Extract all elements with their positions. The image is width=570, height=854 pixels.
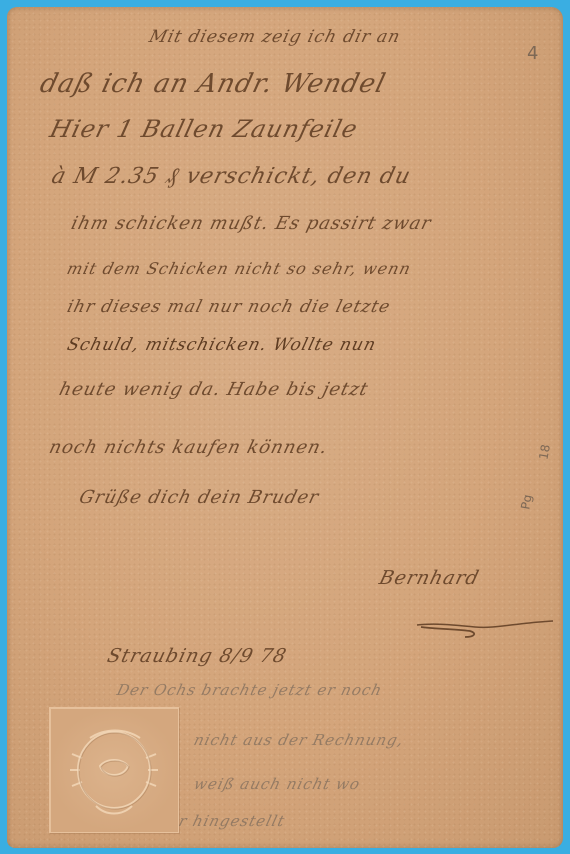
- eagle-emblem-icon: [50, 708, 178, 832]
- letter-line-9: heute wenig da. Habe bis jetzt: [57, 379, 371, 400]
- pencil-mark-top-right: 4: [527, 43, 538, 64]
- postscript-line-2: nicht aus der Rechnung,: [192, 731, 406, 749]
- letter-line-4: à M 2.35 ₰ verschickt, den du: [49, 163, 414, 189]
- signature: Bernhard: [377, 567, 482, 589]
- letter-line-11: Grüße dich dein Bruder: [77, 487, 321, 508]
- postcard: Mit diesem zeig ich dir an daß ich an An…: [7, 7, 563, 848]
- letter-line-10: noch nichts kaufen können.: [47, 437, 330, 458]
- letter-line-8: Schuld, mitschicken. Wollte nun: [65, 335, 378, 355]
- postscript-line-1: Der Ochs brachte jetzt er noch: [115, 681, 384, 699]
- letter-line-1: Mit diesem zeig ich dir an: [147, 27, 403, 47]
- place-date: Straubing 8/9 78: [105, 645, 289, 667]
- letter-line-7: ihr dieses mal nur noch die letzte: [65, 297, 393, 317]
- letter-line-5: ihm schicken mußt. Es passirt zwar: [69, 213, 434, 234]
- embossed-stamp: [49, 707, 179, 833]
- postscript-line-4: er hingestellt: [167, 812, 287, 830]
- pencil-mark-right-2: Pg: [518, 493, 534, 510]
- letter-line-6: mit dem Schicken nicht so sehr, wenn: [65, 259, 413, 278]
- letter-line-2: daß ich an Andr. Wendel: [37, 69, 389, 99]
- signature-flourish-icon: [415, 619, 555, 639]
- postscript-line-3: weiß auch nicht wo: [192, 775, 362, 793]
- letter-line-3: Hier 1 Ballen Zaunfeile: [47, 115, 361, 143]
- pencil-mark-right-1: 18: [536, 443, 552, 460]
